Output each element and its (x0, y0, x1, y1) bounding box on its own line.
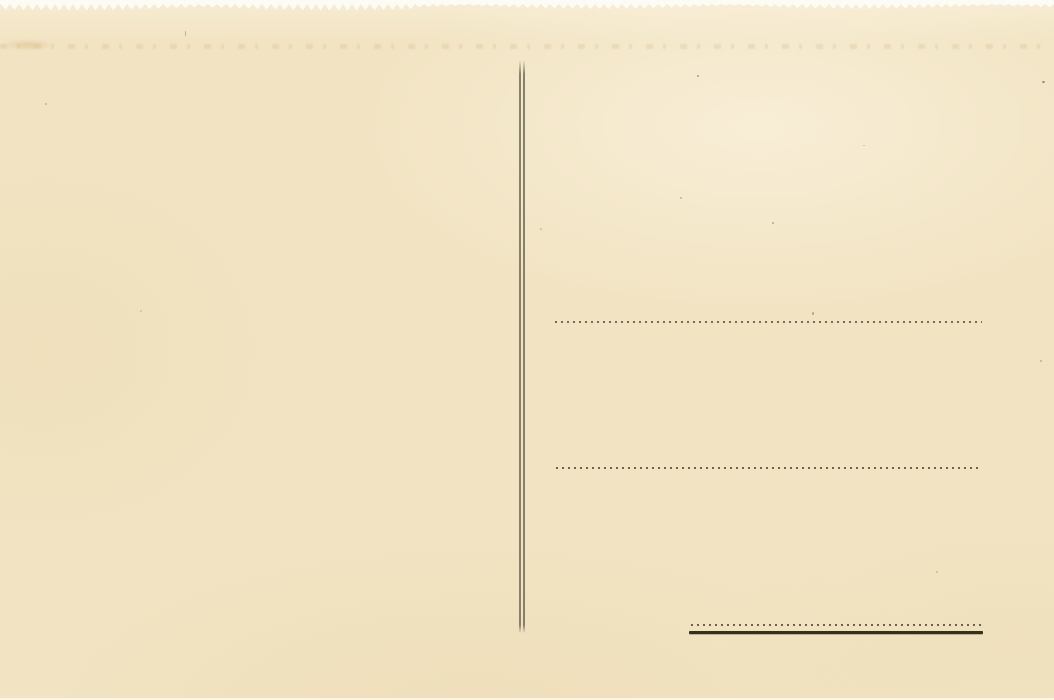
foxing-speck (936, 571, 938, 573)
foxing-speck (540, 228, 542, 230)
foxing-speck (812, 312, 814, 315)
postcard-back (0, 0, 1054, 700)
center-divider-rule (519, 60, 525, 633)
foxing-speck (772, 222, 774, 224)
address-line-2 (556, 467, 979, 469)
foxing-speck (1040, 360, 1042, 362)
signature-dotted-line (691, 624, 984, 626)
foxing-speck (140, 310, 142, 312)
signature-rule (689, 631, 983, 634)
foxing-speck (863, 145, 865, 146)
toning-stain-band (0, 44, 1054, 49)
deckle-edge (0, 0, 1054, 14)
foxing-speck (680, 197, 682, 199)
address-line-1 (555, 321, 982, 323)
foxing-speck (185, 31, 186, 36)
foxing-speck (1042, 81, 1045, 83)
foxing-speck (45, 103, 47, 105)
foxing-speck (697, 75, 699, 77)
